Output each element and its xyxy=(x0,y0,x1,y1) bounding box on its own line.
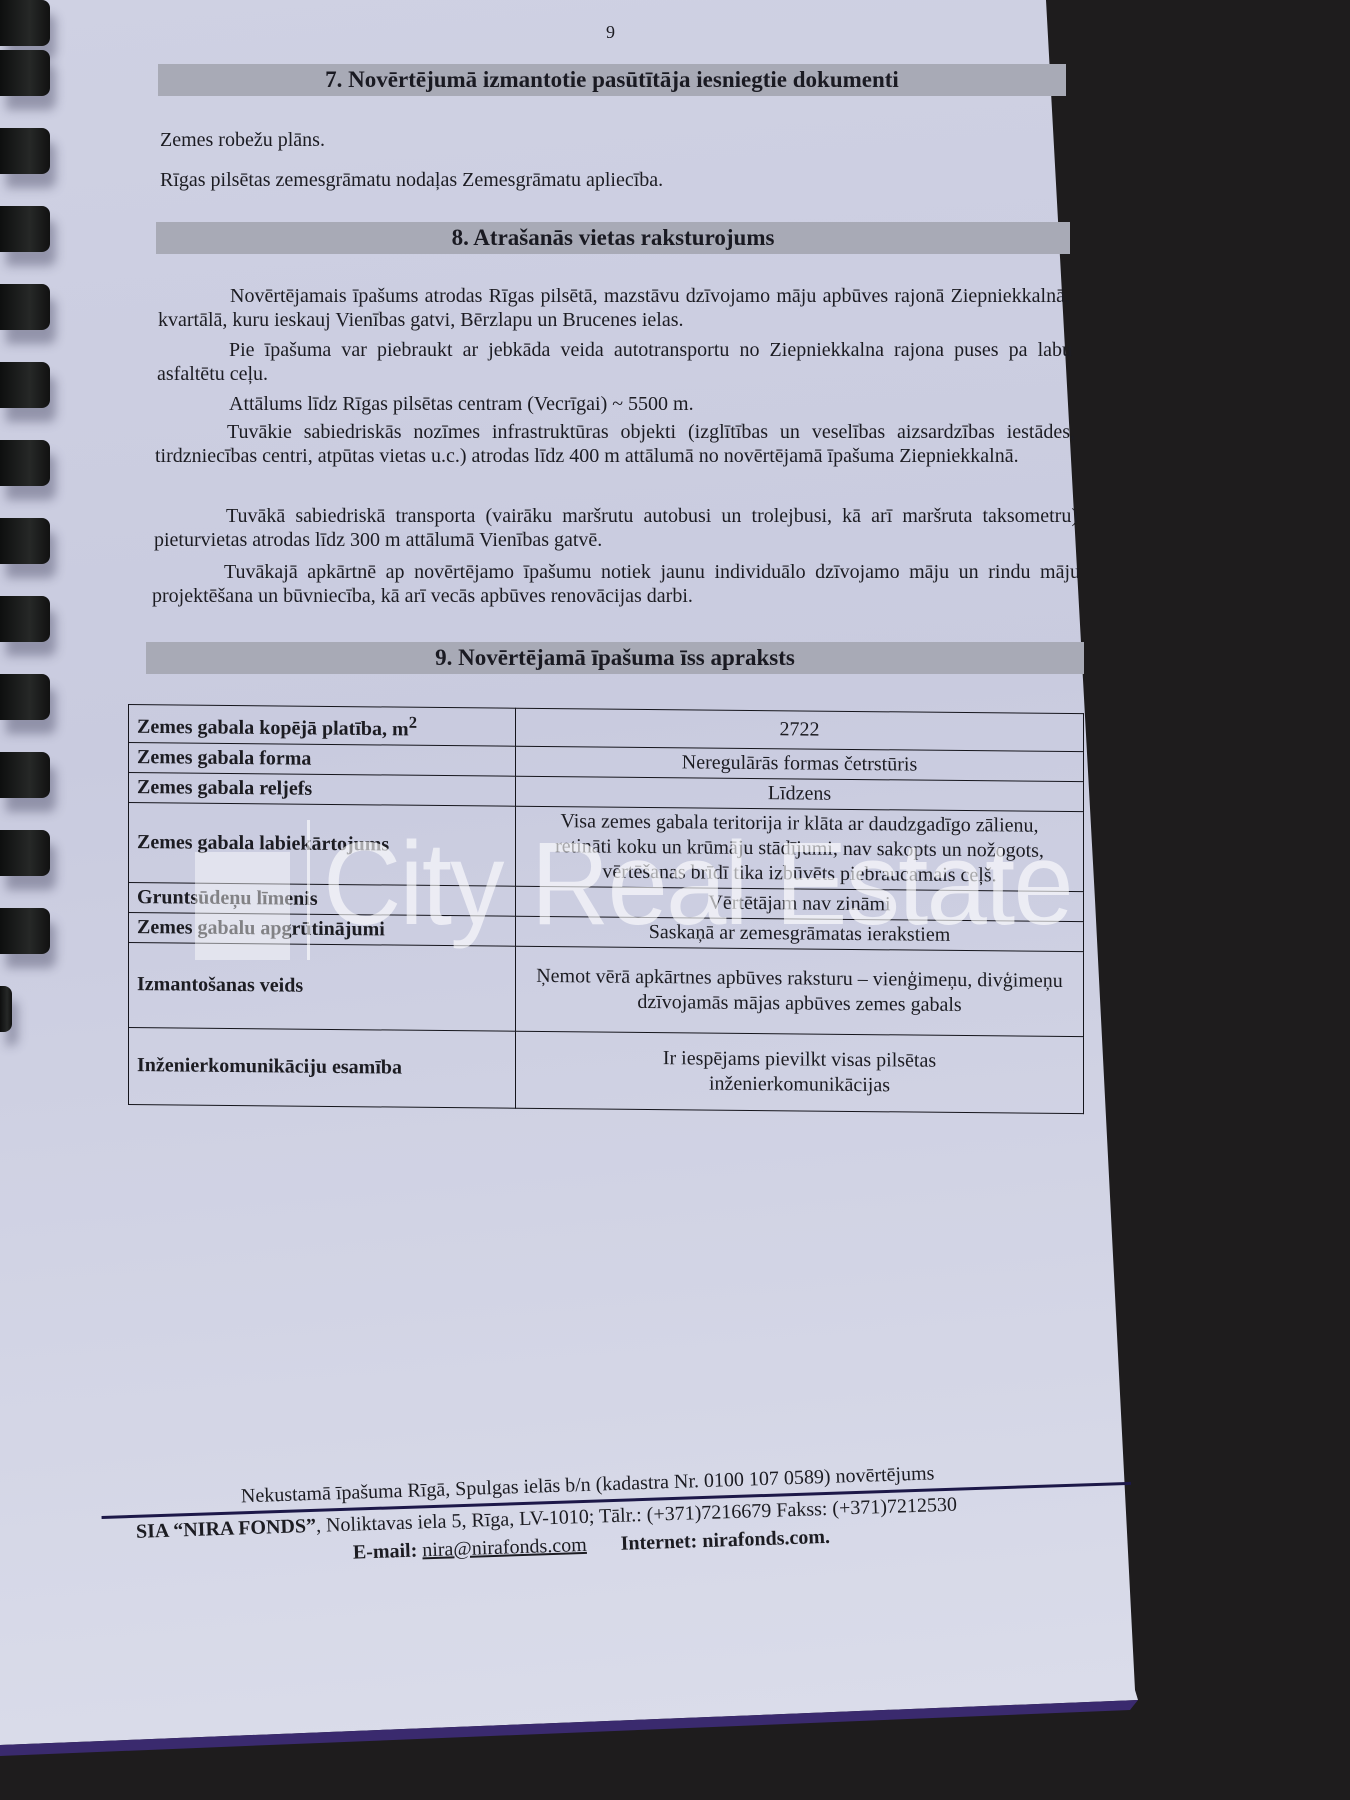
email-link[interactable]: nira@nirafonds.com xyxy=(422,1534,587,1561)
row-value: Ir iespējams pievilkt visas pilsētas inž… xyxy=(516,1031,1084,1113)
row-label: Gruntsūdeņu līmenis xyxy=(129,882,516,916)
row-label: Inženierkomunikāciju esamība xyxy=(129,1027,516,1108)
location-paragraph: Novērtējamais īpašums atrodas Rīgas pils… xyxy=(158,284,1070,332)
row-value: Visa zemes gabala teritorija ir klāta ar… xyxy=(516,806,1084,891)
row-label: Zemes gabalu apgrūtinājumi xyxy=(129,912,516,946)
email-label: E-mail: xyxy=(353,1540,418,1564)
page-number: 9 xyxy=(606,22,615,43)
row-label: Zemes gabala forma xyxy=(129,742,516,776)
company-name: SIA “NIRA FONDS” xyxy=(136,1515,317,1543)
table-row: Zemes gabala labiekārtojums Visa zemes g… xyxy=(129,802,1084,891)
section-7-heading: 7. Novērtējumā izmantotie pasūtītāja ies… xyxy=(158,64,1066,96)
section-8-heading: 8. Atrašanās vietas raksturojums xyxy=(156,222,1070,254)
location-paragraph: Tuvākajā apkārtnē ap novērtējamo īpašumu… xyxy=(152,560,1080,608)
document-content: 9 7. Novērtējumā izmantotie pasūtītāja i… xyxy=(0,0,1350,1800)
location-paragraph: Tuvākie sabiedriskās nozīmes infrastrukt… xyxy=(155,420,1075,468)
table-row: Izmantošanas veids Ņemot vērā apkārtnes … xyxy=(129,942,1084,1036)
table-row: Inženierkomunikāciju esamība Ir iespējam… xyxy=(129,1027,1084,1113)
internet-label: Internet: xyxy=(620,1530,697,1555)
location-paragraph: Tuvākā sabiedriskā transporta (vairāku m… xyxy=(154,504,1078,552)
page-footer: Nekustamā īpašuma Rīgā, Spulgas ielās b/… xyxy=(100,1436,1139,1470)
location-paragraph: Attālums līdz Rīgas pilsētas centram (Ve… xyxy=(157,392,1072,416)
row-label: Zemes gabala reljefs xyxy=(129,772,516,806)
row-label: Zemes gabala kopējā platība, m2 xyxy=(129,705,516,746)
document-item: Zemes robežu plāns. xyxy=(160,128,325,152)
internet-link[interactable]: nirafonds.com. xyxy=(702,1526,830,1552)
location-paragraph: Pie īpašuma var piebraukt ar jebkāda vei… xyxy=(157,338,1072,386)
row-label: Izmantošanas veids xyxy=(129,942,516,1031)
property-info-table: Zemes gabala kopējā platība, m2 2722 Zem… xyxy=(128,704,1084,1114)
row-value: Ņemot vērā apkārtnes apbūves raksturu – … xyxy=(516,946,1084,1036)
section-9-heading: 9. Novērtējamā īpašuma īss apraksts xyxy=(146,642,1084,674)
document-item: Rīgas pilsētas zemesgrāmatu nodaļas Zeme… xyxy=(160,168,663,192)
row-value: 2722 xyxy=(516,708,1084,751)
row-label: Zemes gabala labiekārtojums xyxy=(129,802,516,886)
